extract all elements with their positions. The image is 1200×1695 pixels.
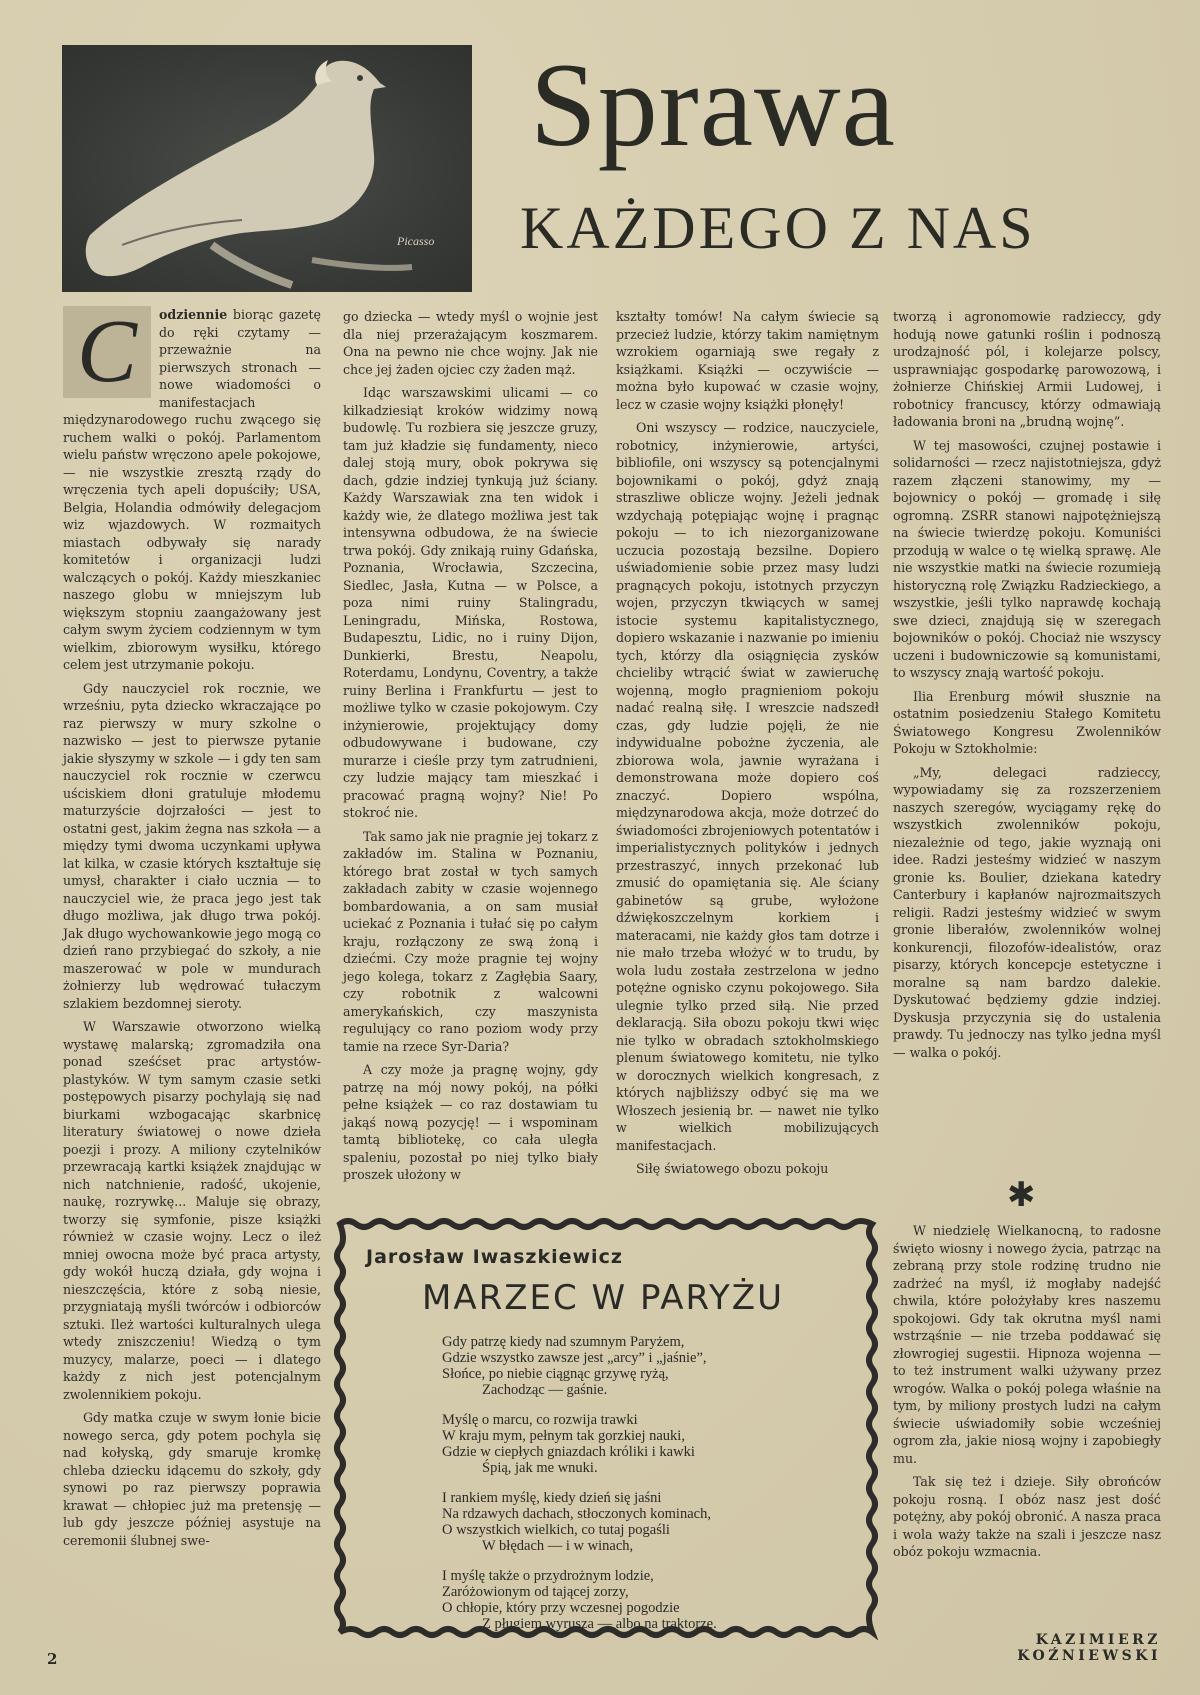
lead-word: odziennie — [159, 307, 227, 322]
article-column-3: kształty tomów! Na całym świecie są prze… — [616, 308, 879, 1184]
poem-line: Na rdzawych dachach, stłoczonych kominac… — [442, 1506, 717, 1522]
paragraph: W tej masowości, czujnej postawie i soli… — [893, 437, 1161, 682]
poem-line: Gdy patrzę kiedy nad szumnym Paryżem, — [442, 1334, 717, 1350]
poem-line: I rankiem myślę, kiedy dzień się jaśni — [442, 1490, 717, 1506]
paragraph: Ilia Erenburg mówił słusznie na ostatnim… — [893, 688, 1161, 758]
paragraph: tworzą i agronomowie radzieccy, gdy hodu… — [893, 308, 1161, 431]
paragraph: Siłę światowego obozu pokoju — [616, 1160, 879, 1178]
author-signature: KAZIMIERZ KOŹNIEWSKI — [893, 1632, 1161, 1664]
poem-line: O chłopie, który przy wczesnej pogodzie — [442, 1600, 717, 1616]
quote-paragraph: „My, delegaci radzieccy, wypowiadamy się… — [893, 764, 1161, 1062]
dove-illustration-icon: Picasso — [62, 45, 472, 292]
paragraph: go dziecka — wtedy myśl o wojnie jest dl… — [343, 308, 598, 378]
poem-line: O wszystkich wielkich, co tutaj pogaśli — [442, 1522, 717, 1538]
poem-body: Gdy patrzę kiedy nad szumnym Paryżem, Gd… — [442, 1334, 717, 1646]
page-number: 2 — [47, 1650, 57, 1668]
poem-line: Gdzie w ciepłych gniazdach króliki i kaw… — [442, 1444, 717, 1460]
poem-line: W błędach — i w winach, — [442, 1538, 717, 1554]
paragraph: Idąc warszawskimi ulicami — co kilkadzie… — [343, 384, 598, 822]
poem-stanza: Myślę o marcu, co rozwija trawki W kraju… — [442, 1412, 717, 1476]
paragraph: Oni wszyscy — rodzice, nauczyciele, robo… — [616, 419, 879, 1154]
poem-line: Myślę o marcu, co rozwija trawki — [442, 1412, 717, 1428]
dove-photo: Picasso — [62, 45, 472, 292]
paragraph: kształty tomów! Na całym świecie są prze… — [616, 308, 879, 413]
poem-line: Słońce, po niebie ciągnąc grzywę ryżą, — [442, 1366, 717, 1382]
paragraph: A czy może ja pragnę wojny, gdy patrzę n… — [343, 1061, 598, 1184]
paragraph: Tak samo jak nie pragnie jej tokarz z za… — [343, 828, 598, 1056]
article-column-4-continued: W niedzielę Wielkanocną, to radosne świę… — [893, 1222, 1161, 1567]
poem-stanza: Gdy patrzę kiedy nad szumnym Paryżem, Gd… — [442, 1334, 717, 1398]
headline-title: Sprawa — [530, 40, 896, 170]
article-column-2: go dziecka — wtedy myśl o wojnie jest dl… — [343, 308, 598, 1190]
poem-line: Zaróżowionym od tającej zorzy, — [442, 1584, 717, 1600]
poem-line: W kraju mym, pełnym tak gorzkiej nauki, — [442, 1428, 717, 1444]
asterisk-separator-icon: ✱ — [1007, 1178, 1036, 1212]
poem-line: Śpią, jak me wnuki. — [442, 1460, 717, 1476]
article-lead-paragraph: Codziennie biorąc gazetę do ręki czytamy… — [63, 306, 321, 674]
paragraph: Tak się też i dzieje. Siły obrońców poko… — [893, 1473, 1161, 1561]
article-column-1: Codziennie biorąc gazetę do ręki czytamy… — [63, 306, 321, 1555]
poem-line: I myślę także o przydrożnym lodzie, — [442, 1568, 717, 1584]
paragraph: Gdy matka czuje w swym łonie bicie noweg… — [63, 1409, 321, 1549]
poem-author: Jarosław Iwaszkiewicz — [366, 1246, 623, 1268]
poem-stanza: I rankiem myślę, kiedy dzień się jaśni N… — [442, 1490, 717, 1554]
headline-subtitle: KAŻDEGO Z NAS — [520, 195, 1036, 261]
poem-stanza: I myślę także o przydrożnym lodzie, Zaró… — [442, 1568, 717, 1632]
article-column-4: tworzą i agronomowie radzieccy, gdy hodu… — [893, 308, 1161, 1067]
poem-title: MARZEC W PARYŻU — [422, 1278, 784, 1318]
paragraph: W Warszawie otworzono wielką wystawę mal… — [63, 1018, 321, 1403]
paragraph: Gdy nauczyciel rok rocznie, we wrześniu,… — [63, 680, 321, 1013]
dropcap-letter: C — [63, 306, 151, 398]
svg-text:Picasso: Picasso — [396, 234, 434, 248]
poem-line: Gdzie wszystko zawsze jest „arcy” i „jaś… — [442, 1350, 717, 1366]
paragraph: W niedzielę Wielkanocną, to radosne świę… — [893, 1222, 1161, 1467]
poem-line: Z pługiem wyrusza — albo na traktorze. — [442, 1616, 717, 1632]
poem-line: Zachodząc — gaśnie. — [442, 1382, 717, 1398]
poem-box: Jarosław Iwaszkiewicz MARZEC W PARYŻU Gd… — [334, 1216, 878, 1640]
